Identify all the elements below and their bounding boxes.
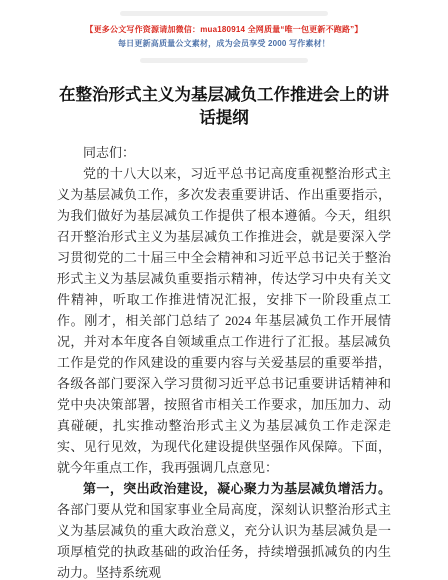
promo-line-blue: 每日更新高质量公文素材，成为会员享受 2000 写作素材！: [0, 37, 448, 51]
document-body: 同志们： 党的十八大以来，习近平总书记高度重视整治形式主义为基层减负工作，多次发…: [57, 142, 391, 580]
faded-watermark-top: [120, 11, 328, 16]
faded-watermark-bottom: [140, 58, 308, 63]
paragraph-point-one: 第一，突出政治建设，凝心聚力为基层减负增活力。各部门要从党和国家事业全局高度，深…: [57, 478, 391, 580]
paragraph-point-one-rest: 各部门要从党和国家事业全局高度，深刻认识整治形式主义为基层减负的重大政治意义，充…: [57, 502, 391, 580]
paragraph-intro: 党的十八大以来，习近平总书记高度重视整治形式主义为基层减负工作，多次发表重要讲话…: [57, 163, 391, 478]
page-number: 1: [0, 549, 448, 560]
document-title: 在整治形式主义为基层减负工作推进会上的讲话提纲: [58, 84, 390, 130]
salutation: 同志们：: [57, 142, 391, 163]
paragraph-point-one-lead: 第一，突出政治建设，凝心聚力为基层减负增活力。: [83, 481, 391, 496]
promo-header: 【更多公文写作资源请加微信：mua180914 全网质量“唯一包更新不跑路”】 …: [0, 0, 448, 51]
document-page: 【更多公文写作资源请加微信：mua180914 全网质量“唯一包更新不跑路”】 …: [0, 0, 448, 580]
promo-line-red: 【更多公文写作资源请加微信：mua180914 全网质量“唯一包更新不跑路”】: [0, 23, 448, 37]
